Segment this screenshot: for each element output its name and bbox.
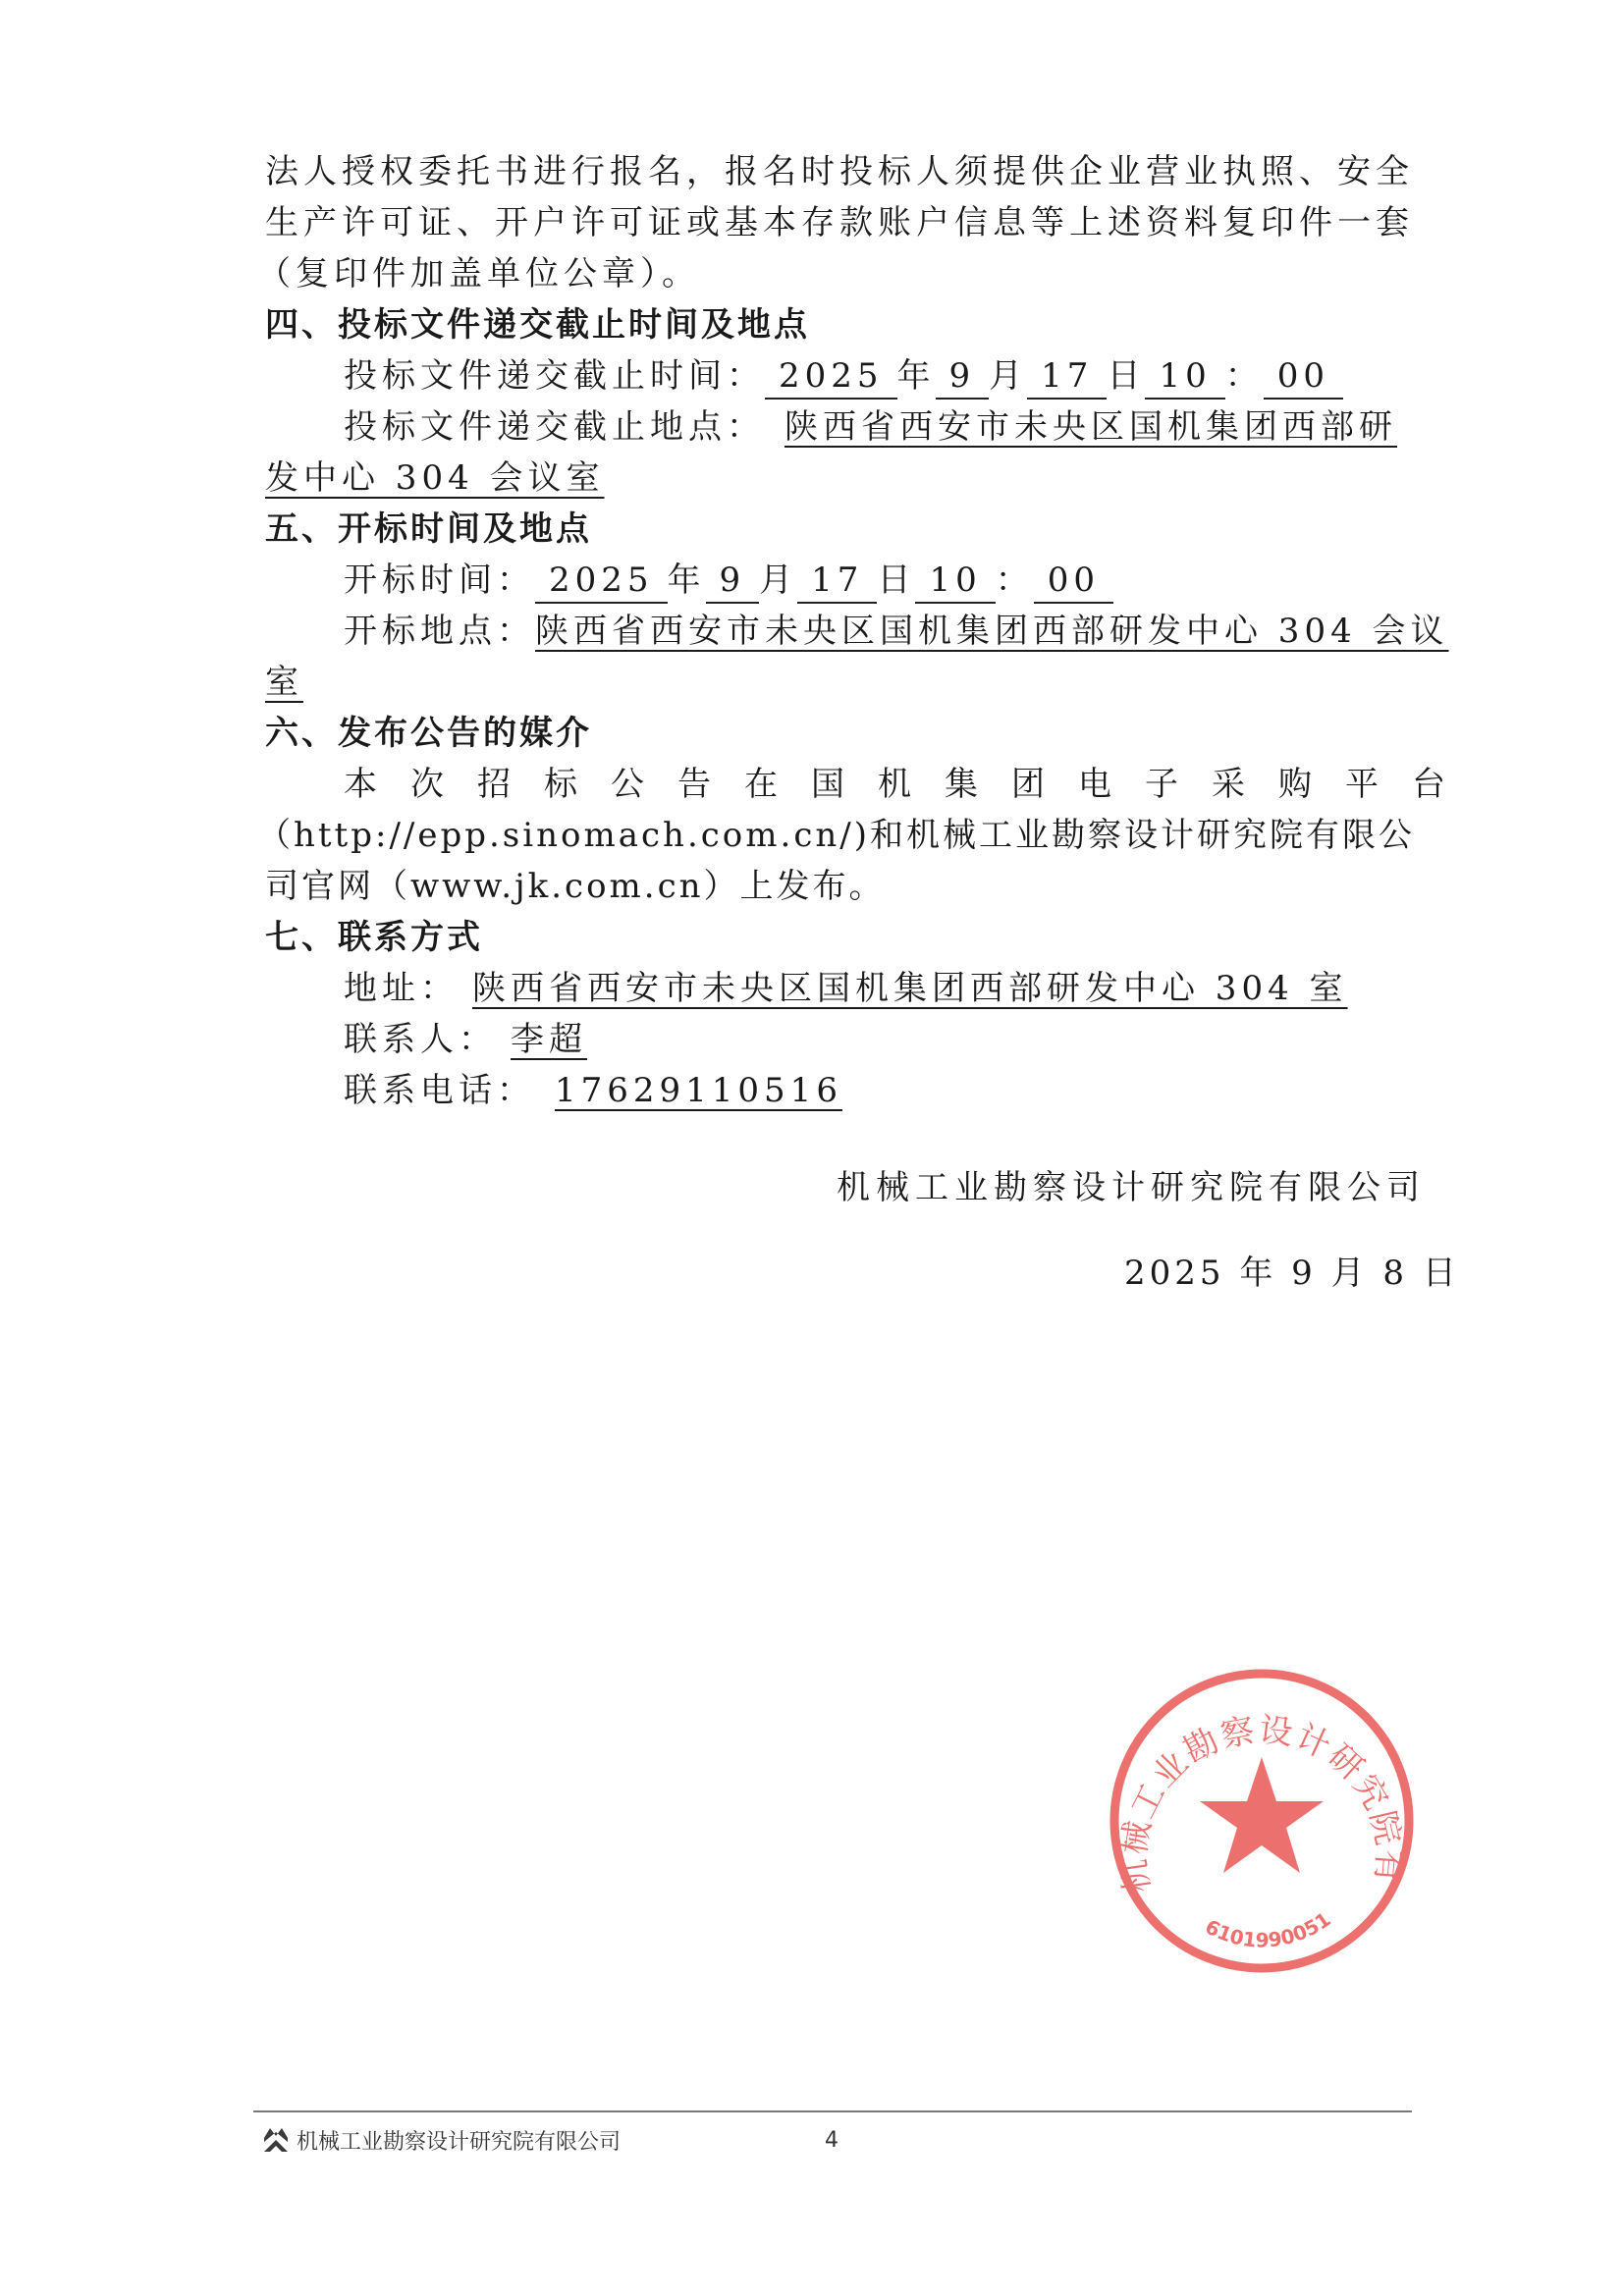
submission-deadline: 投标文件递交截止时间：2025年9月17日10：00: [344, 351, 1343, 400]
section-7-heading: 七、联系方式: [265, 913, 483, 962]
opening-year: 2025: [535, 559, 668, 604]
month-unit: 月: [759, 561, 797, 600]
stamp-ring-text: 机械工业勘察设计研究院有限公司: [1100, 1659, 1409, 1896]
deadline-label: 投标文件递交截止时间：: [344, 356, 765, 396]
address-value: 陕西省西安市未央区国机集团西部研发中心 304 室: [459, 969, 1362, 1008]
svg-text:6101990051: 6101990051: [1202, 1907, 1335, 1951]
intro-line-2: 生产许可证、开户许可证或基本存款账户信息等上述资料复印件一套: [265, 198, 1414, 247]
contact-person: 联系人：李超: [344, 1015, 601, 1064]
submission-place-cont: 发中心 304 会议室: [265, 454, 605, 503]
opening-time: 开标时间：2025年9月17日10：00: [344, 556, 1113, 605]
intro-line-1: 法人授权委托书进行报名，报名时投标人须提供企业营业执照、安全: [265, 147, 1414, 196]
signature-date: 2025 年 9 月 8 日: [1124, 1249, 1460, 1298]
company-seal-stamp: 机械工业勘察设计研究院有限公司 6101990051: [1100, 1659, 1424, 1983]
contact-value: 李超: [497, 1020, 601, 1059]
opening-place-line-1: 陕西省西安市未央区国机集团西部研发中心 304 会议: [535, 612, 1449, 651]
submission-place: 投标文件递交截止地点：陕西省西安市未央区国机集团西部研: [344, 402, 1397, 452]
signature-company: 机械工业勘察设计研究院有限公司: [837, 1163, 1426, 1212]
place-value-line-2: 发中心 304 会议室: [265, 458, 605, 498]
opening-day: 17: [797, 559, 877, 604]
section-6-heading: 六、发布公告的媒介: [265, 709, 592, 758]
day-unit: 日: [877, 561, 915, 600]
place-value-line-1: 陕西省西安市未央区国机集团西部研: [765, 407, 1397, 447]
media-line-1: 本次招标公告在国机集团电子采购平台: [344, 760, 1479, 809]
page-footer: 机械工业勘察设计研究院有限公司 4: [263, 2120, 621, 2160]
section-4-heading: 四、投标文件递交截止时间及地点: [265, 300, 810, 349]
phone-label: 联系电话：: [344, 1071, 535, 1110]
deadline-month: 9: [936, 354, 990, 400]
deadline-hour: 10: [1145, 354, 1224, 400]
document-page: 法人授权委托书进行报名，报名时投标人须提供企业营业执照、安全 生产许可证、开户许…: [0, 0, 1623, 2296]
footer-company-name: 机械工业勘察设计研究院有限公司: [297, 2125, 621, 2156]
deadline-minute: 00: [1264, 354, 1343, 400]
section-5-heading: 五、开标时间及地点: [265, 505, 592, 554]
phone-value: 17629110516: [535, 1071, 862, 1110]
opening-month: 9: [706, 559, 760, 604]
opening-time-label: 开标时间：: [344, 561, 535, 600]
star-icon: [1200, 1757, 1324, 1873]
media-line-2: （http://epp.sinomach.com.cn/)和机械工业勘察设计研究…: [257, 811, 1415, 860]
contact-phone: 联系电话：17629110516: [344, 1066, 862, 1115]
address-label: 地址：: [344, 969, 459, 1008]
day-unit: 日: [1107, 356, 1145, 396]
footer-divider: [253, 2110, 1412, 2112]
month-unit: 月: [989, 356, 1027, 396]
contact-label: 联系人：: [344, 1020, 497, 1059]
opening-minute: 00: [1034, 559, 1113, 604]
deadline-day: 17: [1027, 354, 1107, 400]
page-number: 4: [825, 2128, 839, 2153]
opening-place-line-2: 室: [265, 663, 317, 702]
place-label: 投标文件递交截止地点：: [344, 407, 765, 447]
contact-address: 地址：陕西省西安市未央区国机集团西部研发中心 304 室: [344, 964, 1362, 1013]
year-unit: 年: [668, 561, 706, 600]
deadline-year: 2025: [765, 354, 897, 400]
opening-place: 开标地点：陕西省西安市未央区国机集团西部研发中心 304 会议: [344, 607, 1449, 656]
media-line-3: 司官网（www.jk.com.cn）上发布。: [265, 862, 886, 911]
year-unit: 年: [897, 356, 936, 396]
time-separator: ：: [1225, 356, 1264, 396]
opening-hour: 10: [915, 559, 995, 604]
time-separator: ：: [996, 561, 1034, 600]
opening-place-cont: 室: [265, 658, 317, 707]
stamp-code: 6101990051: [1202, 1907, 1335, 1951]
company-logo-icon: [263, 2126, 289, 2154]
svg-text:机械工业勘察设计研究院有限公司: 机械工业勘察设计研究院有限公司: [1100, 1659, 1409, 1896]
opening-place-label: 开标地点：: [344, 612, 535, 651]
intro-line-3: （复印件加盖单位公章）。: [257, 249, 700, 298]
